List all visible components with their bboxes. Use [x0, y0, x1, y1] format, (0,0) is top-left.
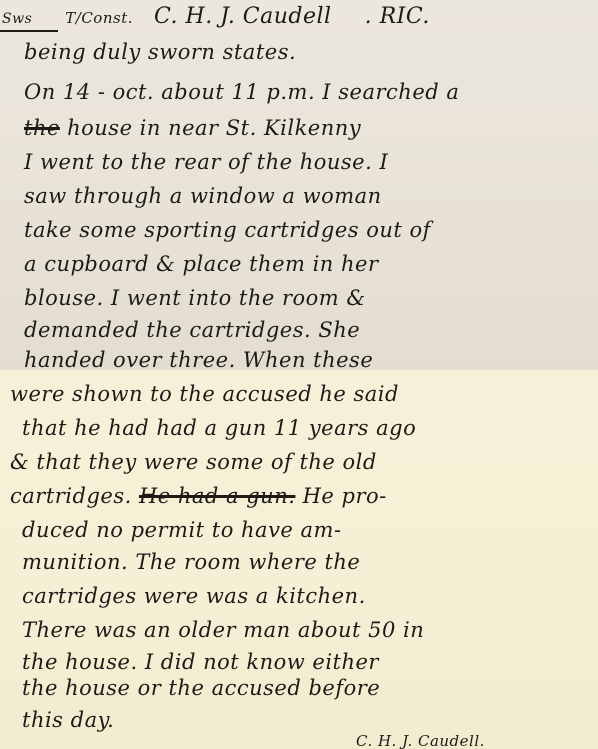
officer-name: C. H. J. Caudell: [154, 4, 332, 29]
text-line: I went to the rear of the house. I: [24, 150, 388, 174]
text-line: There was an older man about 50 in: [22, 618, 424, 642]
text-line: blouse. I went into the room &: [24, 286, 366, 310]
text-line: this day.: [22, 708, 114, 732]
force-name: . RIC.: [365, 4, 430, 29]
text-line: that he had had a gun 11 years ago: [22, 416, 416, 440]
text-line: demanded the cartridges. She: [24, 318, 360, 342]
bottom-sheet: were shown to the accused he said that h…: [0, 370, 598, 749]
text-line: On 14 - oct. about 11 p.m. I searched a: [24, 80, 459, 104]
text-line: & that they were some of the old: [10, 450, 377, 474]
text-line: saw through a window a woman: [24, 184, 382, 208]
text-line: munition. The room where the: [22, 550, 360, 574]
text-line: a cupboard & place them in her: [24, 252, 379, 276]
text-line: duced no permit to have am-: [22, 518, 342, 542]
statement-document: Sws T/Const. C. H. J. Caudell . RIC. bei…: [0, 0, 598, 749]
text-line: cartridges were was a kitchen.: [22, 584, 366, 608]
text-line: the house. I did not know either: [22, 650, 379, 674]
text-line: take some sporting cartridges out of: [24, 218, 431, 242]
text-line: the house in near St. Kilkenny: [24, 116, 361, 140]
rank: T/Const.: [65, 9, 133, 27]
struck-phrase: He had a gun.: [139, 484, 295, 508]
text-line: the house or the accused before: [22, 676, 380, 700]
signature: C. H. J. Caudell.: [356, 732, 485, 749]
text-line: being duly sworn states.: [24, 40, 296, 64]
sworn-prefix: Sws: [2, 11, 32, 27]
text-line: cartridges. He had a gun. He pro-: [10, 484, 387, 508]
sworn-underline: [0, 30, 58, 32]
heading-line: Sws T/Const. C. H. J. Caudell . RIC.: [2, 4, 430, 29]
text-line: were shown to the accused he said: [10, 382, 399, 406]
text-line: handed over three. When these: [24, 348, 373, 370]
struck-word: the: [24, 116, 60, 140]
top-sheet: Sws T/Const. C. H. J. Caudell . RIC. bei…: [0, 0, 598, 370]
